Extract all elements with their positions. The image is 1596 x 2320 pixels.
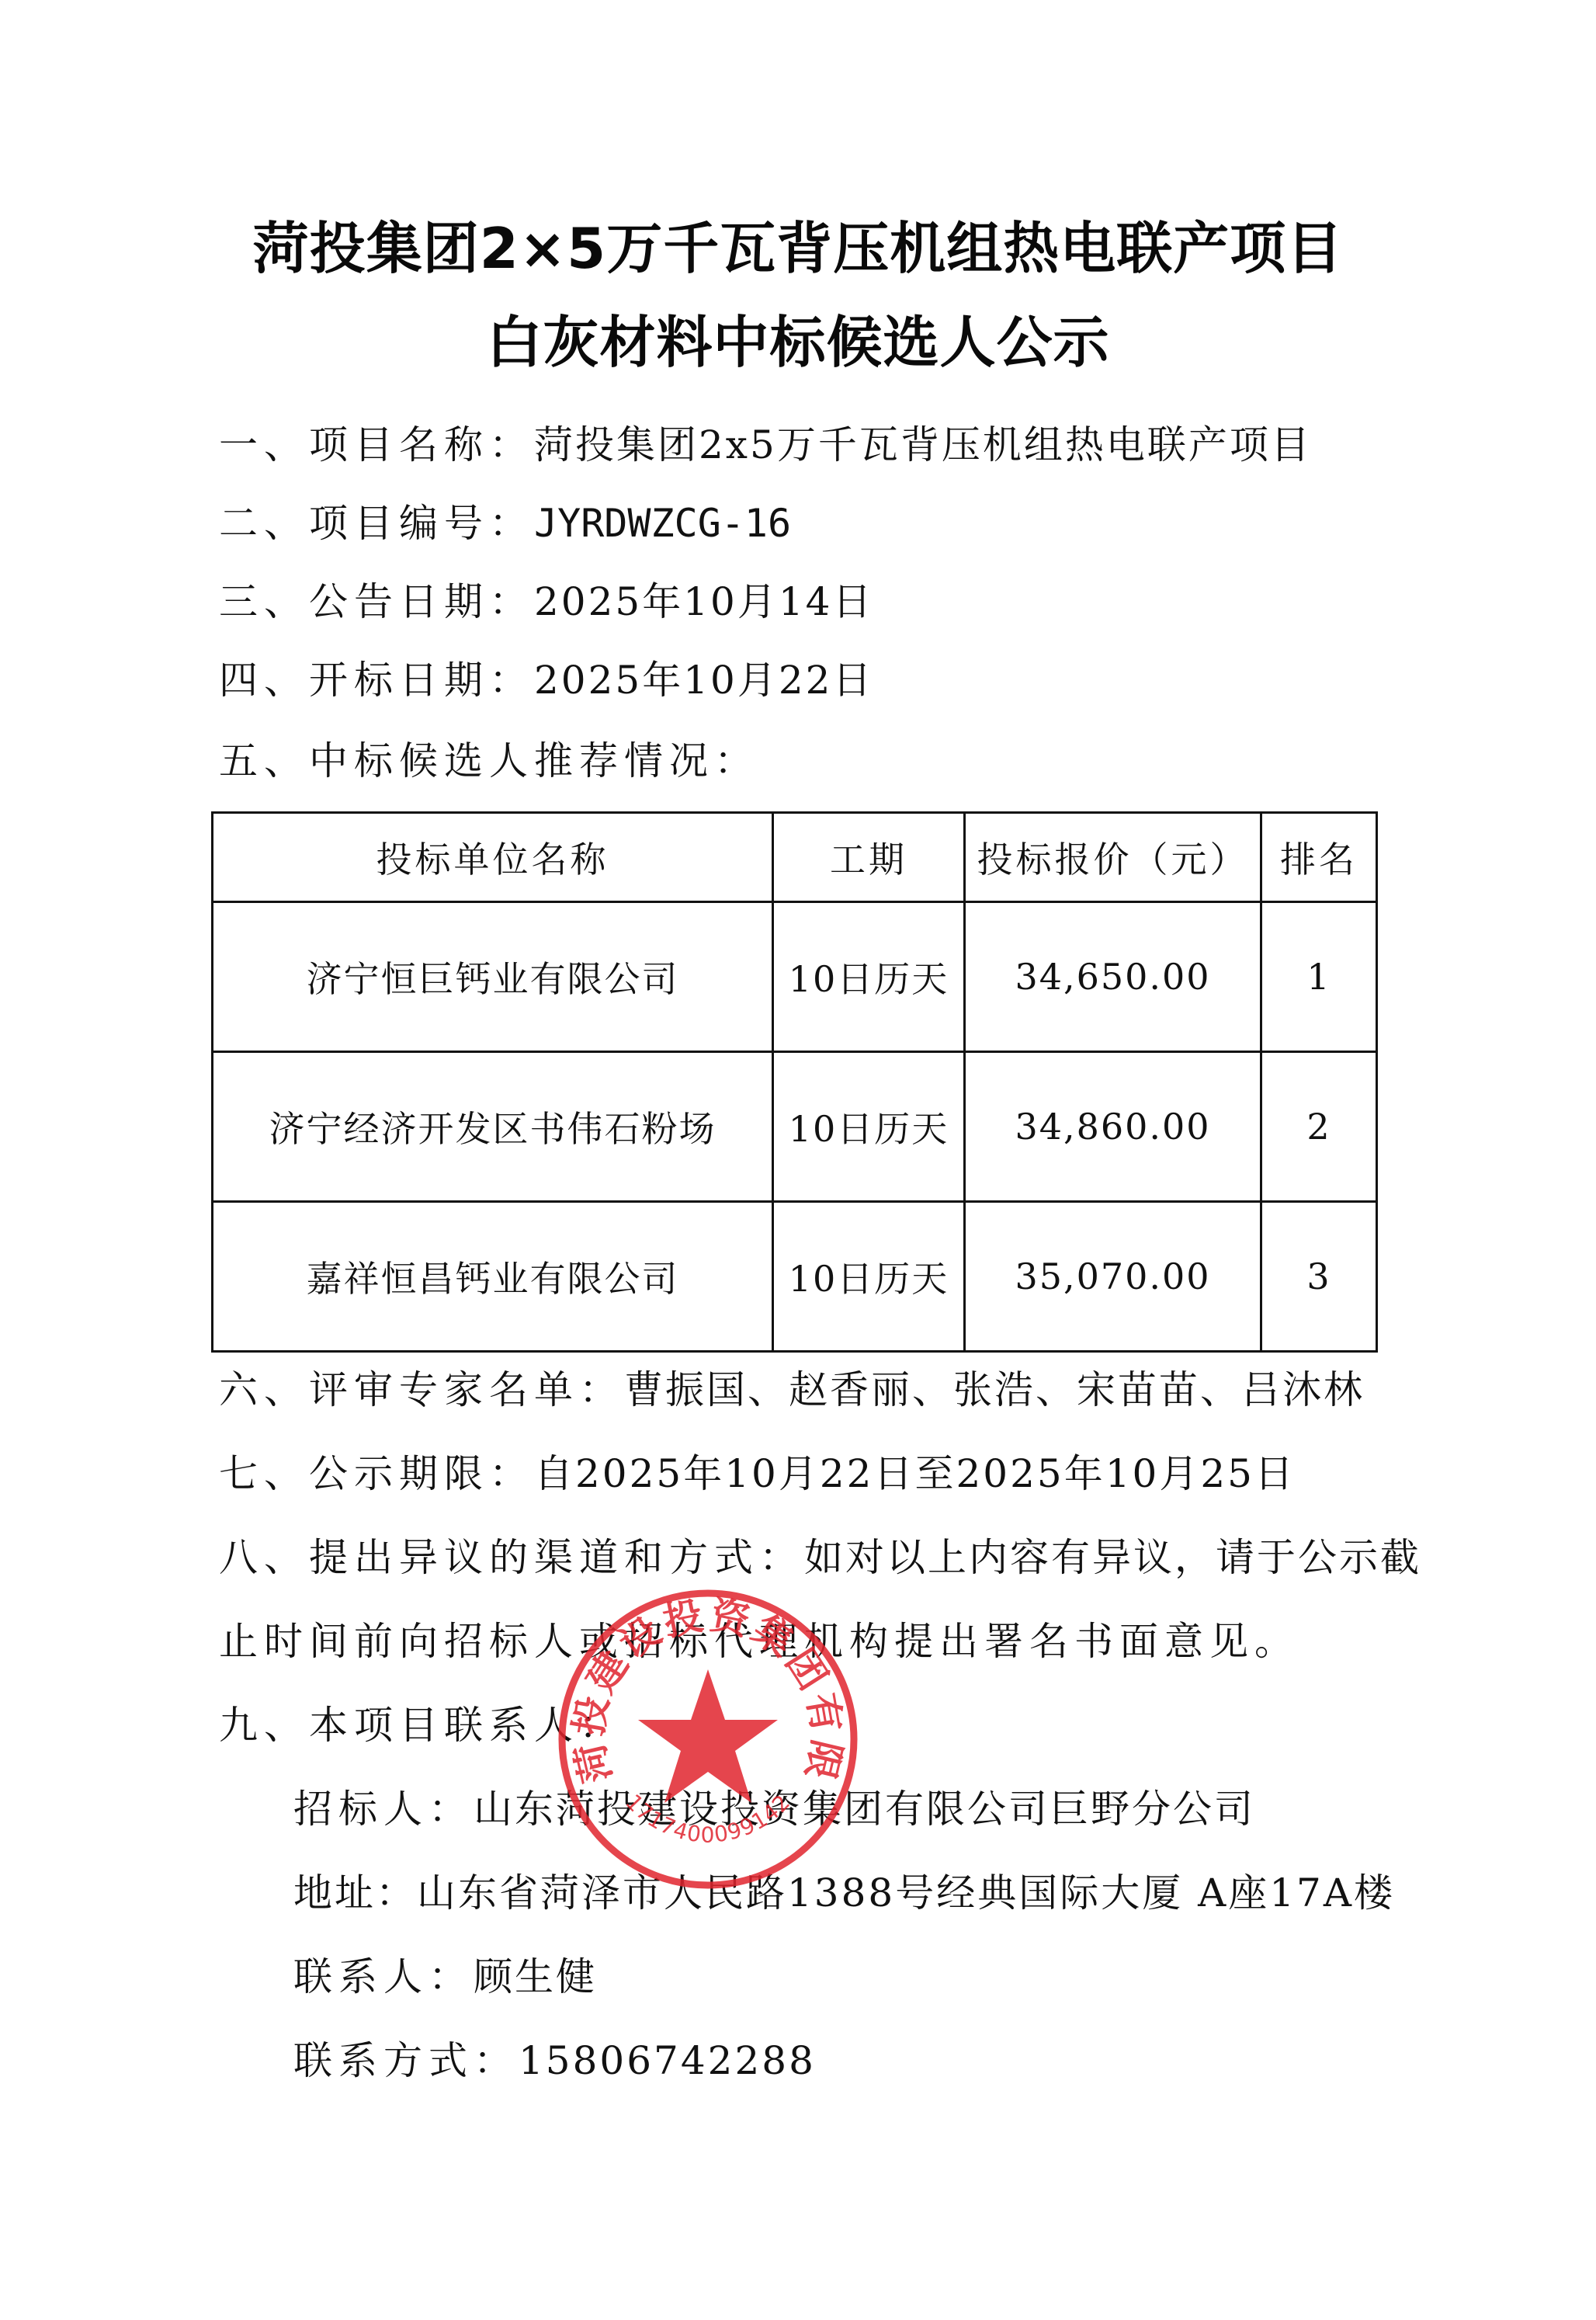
table-row: 嘉祥恒昌钙业有限公司 10日历天 35,070.00 3 bbox=[213, 1202, 1377, 1352]
contacts-heading: 九、本项目联系人： bbox=[219, 1706, 624, 1745]
bid-candidates-table: 投标单位名称 工期 投标报价（元） 排名 济宁恒巨钙业有限公司 10日历天 34… bbox=[211, 811, 1378, 1353]
bid-opening-date-value: 2025年10月22日 bbox=[534, 658, 874, 703]
candidates-heading: 五、中标候选人推荐情况： bbox=[219, 741, 759, 780]
objection-line2: 止时间前向招标人或招标代理机构提出署名书面意见。 bbox=[219, 1622, 1299, 1661]
address-line: 地址：山东省菏泽市人民路1388号经典国际大厦 A座17A楼 bbox=[293, 1874, 1395, 1912]
project-number-label: 二、项目编号： bbox=[219, 501, 534, 546]
address-value: 山东省菏泽市人民路1388号经典国际大厦 A座17A楼 bbox=[417, 1870, 1395, 1915]
tenderer-label: 招标人： bbox=[293, 1787, 474, 1832]
project-number-value: JYRDWZCG-16 bbox=[534, 501, 791, 546]
contact-person-value: 顾生健 bbox=[474, 1954, 597, 1999]
star-icon bbox=[638, 1669, 778, 1803]
phone-line: 联系方式：15806742288 bbox=[293, 2041, 816, 2080]
cell-company: 济宁恒巨钙业有限公司 bbox=[213, 902, 773, 1052]
contacts-label: 九、本项目联系人： bbox=[219, 1703, 624, 1748]
experts-line: 六、评审专家名单：曹振国、赵香丽、张浩、宋苗苗、吕沐林 bbox=[219, 1370, 1365, 1409]
phone-value: 15806742288 bbox=[519, 2038, 816, 2083]
table-row: 济宁恒巨钙业有限公司 10日历天 34,650.00 1 bbox=[213, 902, 1377, 1052]
cell-price: 34,860.00 bbox=[965, 1052, 1261, 1202]
header-price: 投标报价（元） bbox=[965, 813, 1261, 902]
cell-company: 嘉祥恒昌钙业有限公司 bbox=[213, 1202, 773, 1352]
svg-text:山东菏投建设投资集团有限公司: 山东菏投建设投资集团有限公司 bbox=[553, 1584, 850, 1787]
cell-price: 34,650.00 bbox=[965, 902, 1261, 1052]
table-row: 济宁经济开发区书伟石粉场 10日历天 34,860.00 2 bbox=[213, 1052, 1377, 1202]
publicity-period-value: 自2025年10月22日至2025年10月25日 bbox=[534, 1451, 1296, 1496]
contact-person-line: 联系人：顾生健 bbox=[293, 1957, 597, 1996]
cell-duration: 10日历天 bbox=[773, 1202, 965, 1352]
document-title-line1: 菏投集团2×5万千瓦背压机组热电联产项目 bbox=[0, 221, 1596, 276]
objection-label: 八、提出异议的渠道和方式： bbox=[219, 1535, 804, 1580]
header-duration: 工期 bbox=[773, 813, 965, 902]
cell-rank: 3 bbox=[1261, 1202, 1377, 1352]
bid-opening-date-line: 四、开标日期：2025年10月22日 bbox=[219, 661, 874, 700]
tenderer-value: 山东菏投建设投资集团有限公司巨野分公司 bbox=[474, 1787, 1255, 1832]
announcement-date-label: 三、公告日期： bbox=[219, 579, 534, 624]
objection-value-line1: 如对以上内容有异议，请于公示截 bbox=[804, 1535, 1421, 1580]
table-header-row: 投标单位名称 工期 投标报价（元） 排名 bbox=[213, 813, 1377, 902]
project-number-line: 二、项目编号：JYRDWZCG-16 bbox=[219, 504, 791, 543]
header-rank: 排名 bbox=[1261, 813, 1377, 902]
header-company: 投标单位名称 bbox=[213, 813, 773, 902]
cell-price: 35,070.00 bbox=[965, 1202, 1261, 1352]
seal-text: 山东菏投建设投资集团有限公司 bbox=[553, 1584, 850, 1787]
phone-label: 联系方式： bbox=[293, 2038, 519, 2083]
project-name-line: 一、项目名称：菏投集团2x5万千瓦背压机组热电联产项目 bbox=[219, 425, 1312, 464]
cell-company: 济宁经济开发区书伟石粉场 bbox=[213, 1052, 773, 1202]
document-title-line2: 白灰材料中标候选人公示 bbox=[0, 314, 1596, 370]
address-label: 地址： bbox=[293, 1870, 417, 1915]
cell-duration: 10日历天 bbox=[773, 902, 965, 1052]
tenderer-line: 招标人：山东菏投建设投资集团有限公司巨野分公司 bbox=[293, 1790, 1255, 1829]
contact-person-label: 联系人： bbox=[293, 1954, 474, 1999]
project-name-label: 一、项目名称： bbox=[219, 422, 534, 467]
publicity-period-label: 七、公示期限： bbox=[219, 1451, 534, 1496]
project-name-value: 菏投集团2x5万千瓦背压机组热电联产项目 bbox=[534, 422, 1312, 467]
cell-duration: 10日历天 bbox=[773, 1052, 965, 1202]
cell-rank: 1 bbox=[1261, 902, 1377, 1052]
bid-opening-date-label: 四、开标日期： bbox=[219, 658, 534, 703]
candidates-heading-label: 五、中标候选人推荐情况： bbox=[219, 738, 759, 783]
announcement-date-value: 2025年10月14日 bbox=[534, 579, 874, 624]
experts-label: 六、评审专家名单： bbox=[219, 1367, 624, 1412]
objection-line1: 八、提出异议的渠道和方式：如对以上内容有异议，请于公示截 bbox=[219, 1538, 1421, 1577]
announcement-date-line: 三、公告日期：2025年10月14日 bbox=[219, 582, 874, 621]
objection-value-line2: 止时间前向招标人或招标代理机构提出署名书面意见。 bbox=[219, 1619, 1299, 1664]
experts-value: 曹振国、赵香丽、张浩、宋苗苗、吕沐林 bbox=[624, 1367, 1365, 1412]
cell-rank: 2 bbox=[1261, 1052, 1377, 1202]
publicity-period-line: 七、公示期限：自2025年10月22日至2025年10月25日 bbox=[219, 1454, 1296, 1493]
